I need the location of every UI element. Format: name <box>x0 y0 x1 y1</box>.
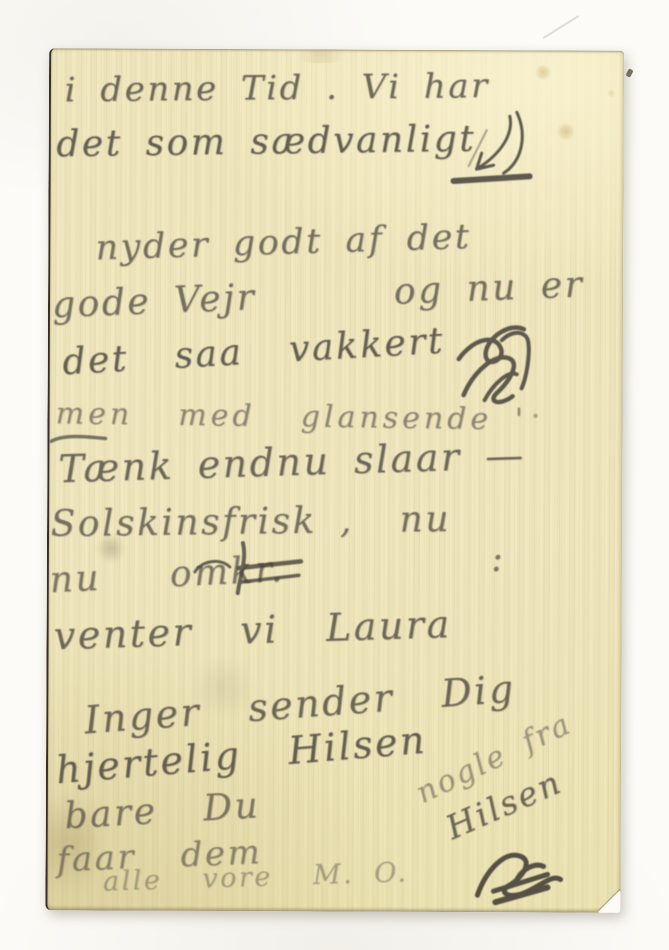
heavy-scribble-mark <box>459 327 529 402</box>
scanned-postcard-page: { "meta": { "title": "Scanned handwritte… <box>0 0 669 950</box>
postcard: i denne Tid . Vi har det som sædvanligt … <box>45 48 624 913</box>
t-bar-flourish-mark <box>51 436 105 441</box>
signature-scribble-mark <box>477 855 560 902</box>
arrow-flourish-mark <box>454 112 530 181</box>
pencil-marks-overlay <box>47 48 624 912</box>
strikethrough-mark <box>195 543 301 593</box>
